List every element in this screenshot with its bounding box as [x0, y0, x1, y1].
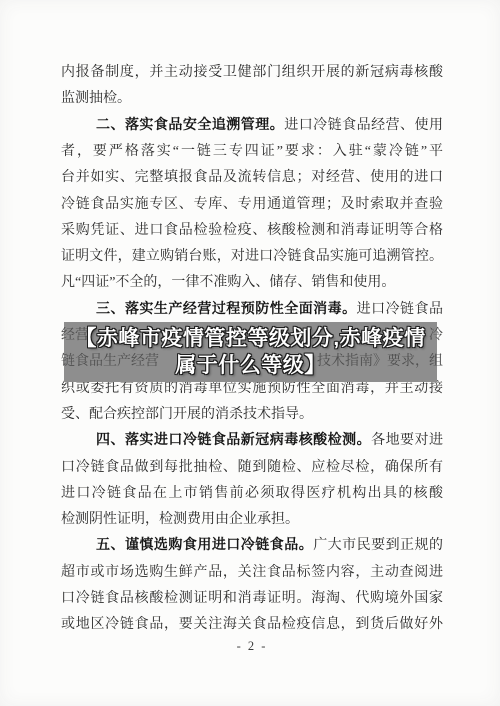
body-run: 口冷链食品做到每批抽检、随到随检、应检尽检，确保所有 [61, 460, 443, 475]
body-run: 受、配合疾控部门开展的消杀技术指导。 [61, 407, 313, 422]
text-line: 五、谨慎选购食用进口冷链食品。广大市民要到正规的 [61, 533, 443, 560]
text-line: 三、落实生产经营过程预防性全面消毒。进口冷链食品 [61, 297, 443, 324]
heading-run: 四、落实进口冷链食品新冠病毒核酸检测。 [96, 433, 371, 448]
text-line: 者，要严格落实“一链三专四证”要求：入驻“蒙冷链”平 [61, 139, 443, 166]
body-run: 台并如实、完整填报食品及流转信息；对经营、使用的进口 [61, 170, 443, 185]
overlay-banner[interactable]: 【赤峰市疫情管控等级划分,赤峰疫情 属于什么等级】 [64, 322, 437, 382]
heading-run: 三、落实生产经营过程预防性全面消毒。 [96, 302, 357, 317]
body-run: 或地区冷链食品，要关注海关食品检疫信息，到货后做好外 [61, 617, 443, 632]
document-page: 内报备制度，并主动接受卫健部门组织开展的新冠病毒核酸监测抽检。二、落实食品安全追… [0, 0, 500, 706]
body-run: 凡“四证”不全的，一律不准购入、储存、销售和使用。 [61, 275, 395, 290]
body-run: 进口冷链食品 [357, 302, 443, 317]
body-run: 采购凭证、进口食品检验检疫、核酸检测和消毒证明等合格 [61, 223, 443, 238]
body-run: 织或委托有资质的消毒单位实施预防性全面消毒，并主动接 [61, 381, 443, 396]
text-line: 四、落实进口冷链食品新冠病毒核酸检测。各地要对进 [61, 428, 443, 455]
text-line: 受、配合疾控部门开展的消杀技术指导。 [61, 402, 443, 429]
page-number: - 2 - [61, 636, 443, 656]
text-line: 证明文件，建立购销台账，对进口冷链食品实施可追溯管控。 [61, 244, 443, 271]
text-line: 冷链食品实施专区、专库、专用通道管理；及时索取并查验 [61, 192, 443, 219]
body-run: 进口冷链食品在上市销售前必须取得医疗机构出具的核酸 [61, 486, 443, 501]
body-run: 口冷链食品核酸检测证明和消毒证明。海淘、代购境外国家 [61, 591, 443, 606]
heading-run: 五、谨慎选购食用进口冷链食品。 [96, 538, 313, 553]
body-run: 检测阴性证明，检测费用由企业承担。 [61, 512, 299, 527]
text-line: 进口冷链食品在上市销售前必须取得医疗机构出具的核酸 [61, 481, 443, 508]
body-run: 监测抽检。 [61, 91, 131, 106]
text-line: 口冷链食品做到每批抽检、随到随检、应检尽检，确保所有 [61, 455, 443, 482]
body-run: 证明文件，建立购销台账，对进口冷链食品实施可追溯管控。 [61, 249, 443, 264]
text-line: 监测抽检。 [61, 86, 443, 113]
body-run: 超市或市场选购生鲜产品，关注食品标签内容，主动查阅进 [61, 565, 443, 580]
text-line: 台并如实、完整填报食品及流转信息；对经营、使用的进口 [61, 165, 443, 192]
text-line: 检测阴性证明，检测费用由企业承担。 [61, 507, 443, 534]
text-line: 采购凭证、进口食品检验检疫、核酸检测和消毒证明等合格 [61, 218, 443, 245]
text-line: 内报备制度，并主动接受卫健部门组织开展的新冠病毒核酸 [61, 60, 443, 87]
heading-run: 二、落实食品安全追溯管理。 [96, 118, 284, 133]
body-run: 广大市民要到正规的 [313, 538, 443, 553]
body-run: 内报备制度，并主动接受卫健部门组织开展的新冠病毒核酸 [61, 65, 443, 80]
text-line: 凡“四证”不全的，一律不准购入、储存、销售和使用。 [61, 270, 443, 297]
body-run: 进口冷链食品经营、使用 [284, 118, 443, 133]
body-run: 冷链食品实施专区、专库、专用通道管理；及时索取并查验 [61, 197, 443, 212]
text-line: 二、落实食品安全追溯管理。进口冷链食品经营、使用 [61, 113, 443, 140]
body-run: 各地要对进 [371, 433, 443, 448]
body-run: 者，要严格落实“一链三专四证”要求：入驻“蒙冷链”平 [61, 144, 443, 159]
text-line: 口冷链食品核酸检测证明和消毒证明。海淘、代购境外国家 [61, 586, 443, 613]
text-line: 超市或市场选购生鲜产品，关注食品标签内容，主动查阅进 [61, 560, 443, 587]
overlay-banner-line2: 属于什么等级】 [175, 352, 326, 379]
overlay-banner-line1: 【赤峰市疫情管控等级划分,赤峰疫情 [75, 325, 425, 352]
